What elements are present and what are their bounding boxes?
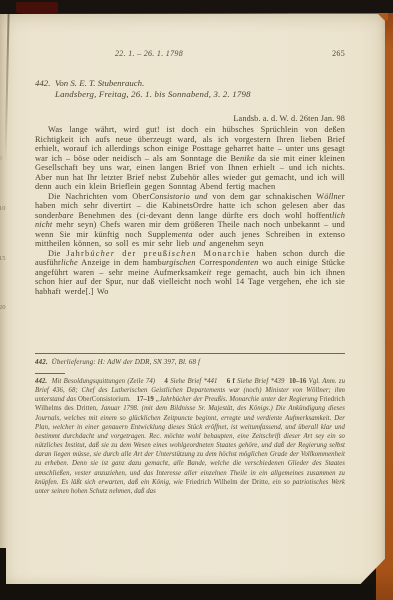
ueberlieferung-note: 442. Überlieferung: H: AdW der DDR, SN 3… [35,357,345,367]
text-segment: bare [58,211,74,220]
text-segment: 442. [35,358,48,366]
letter-paragraph: Die Nachrichten vom OberConsistorio und … [35,192,345,249]
scan-background-top [0,0,393,13]
letter-heading-place-date: Landsberg, Freitag, 26. 1. bis Sonnabend… [55,89,251,100]
text-segment: öllner [324,192,345,201]
text-segment: 17–19 [137,396,154,403]
text-segment: Die [48,249,66,258]
text-segment: Consistorio und [149,192,207,201]
scanned-book-photo: 22. 1. – 26. 1. 1798 265 442. Von S. E. … [0,0,393,600]
letter-paragraph: Die Jahrbücher der preußischen Monarchie… [35,249,345,297]
text-segment: Anzeige in dem hamb [78,258,162,267]
scan-artifact-maroon [16,2,58,13]
text-segment: 6 f [227,378,235,385]
text-segment [217,378,226,385]
text-segment: Corresp [196,258,227,267]
text-segment [155,378,164,385]
text-segment: Mit Besoldungsquittungen (Zeile 74) [52,378,155,385]
apparatus-separator-rule [35,353,345,354]
letter-dateline: Landsb. a. d. W. d. 26ten Jan. 98 [35,114,345,123]
book-page: 22. 1. – 26. 1. 1798 265 442. Von S. E. … [0,14,385,585]
text-segment: Siehe Brief *439 [237,378,284,385]
letter-heading-sender: Von S. E. T. Stubenrauch. [55,78,144,89]
text-segment: 10–16 [289,378,306,385]
text-segment: Siehe Brief *441 [170,378,217,385]
text-segment: liche [61,258,78,267]
margin-line-number: 20 [0,304,21,311]
text-segment: und [193,239,206,248]
text-segment: angenehm seyn [206,239,264,248]
text-segment: OberConsistorium. [78,396,131,403]
text-segment: von dem gar schnakischen W [208,192,325,201]
letter-paragraph: Was lange währt, wird gut! ist doch ein … [35,125,345,192]
text-segment: ondenten [227,258,259,267]
text-segment: nike [240,154,254,163]
margin-line-number: 10 [0,205,21,212]
margin-line-number: 5 [0,155,21,162]
margin-line-number: 15 [0,255,21,262]
text-segment: menta [172,230,193,239]
text-segment: Monarchie [197,249,251,258]
letter-number: 442. [35,78,50,89]
text-segment: Benehmen des (ci-devant denn lange dürft… [74,211,332,220]
letter-body: Was lange währt, wird gut! ist doch ein … [35,125,345,296]
text-segment: der preuß [115,249,168,258]
page-gutter-crease [4,14,9,164]
scan-background-bottom [0,584,374,600]
text-segment: Jahrb [66,249,90,258]
header-date-range: 22. 1. – 26. 1. 1798 [115,49,183,59]
text-segment: ischen [168,249,196,258]
text-segment: urgischen [162,258,196,267]
text-segment: Überlieferung: H: AdW der DDR, SN 397, B… [52,358,200,366]
commentary-separator-rule [35,373,65,374]
running-header: 22. 1. – 26. 1. 1798 265 [35,49,345,61]
text-segment: Die Nachrichten vom Ober [48,192,149,201]
header-page-number: 265 [332,49,345,59]
text-segment: Friedrich Wilhelm der Dritte [186,479,268,486]
page-shading-overlay [0,14,385,585]
text-segment: , Januar 1798. (mit dem Bildnisse Sr. Ma… [35,405,345,485]
apparatus-commentary: 442. Mit Besoldungsquittungen (Zeile 74)… [35,377,345,496]
text-segment: „Jahrbücher der Preußis. Monarchie unter… [156,396,320,403]
text-segment: 442. [35,378,47,385]
text-segment: ücher [90,249,115,258]
